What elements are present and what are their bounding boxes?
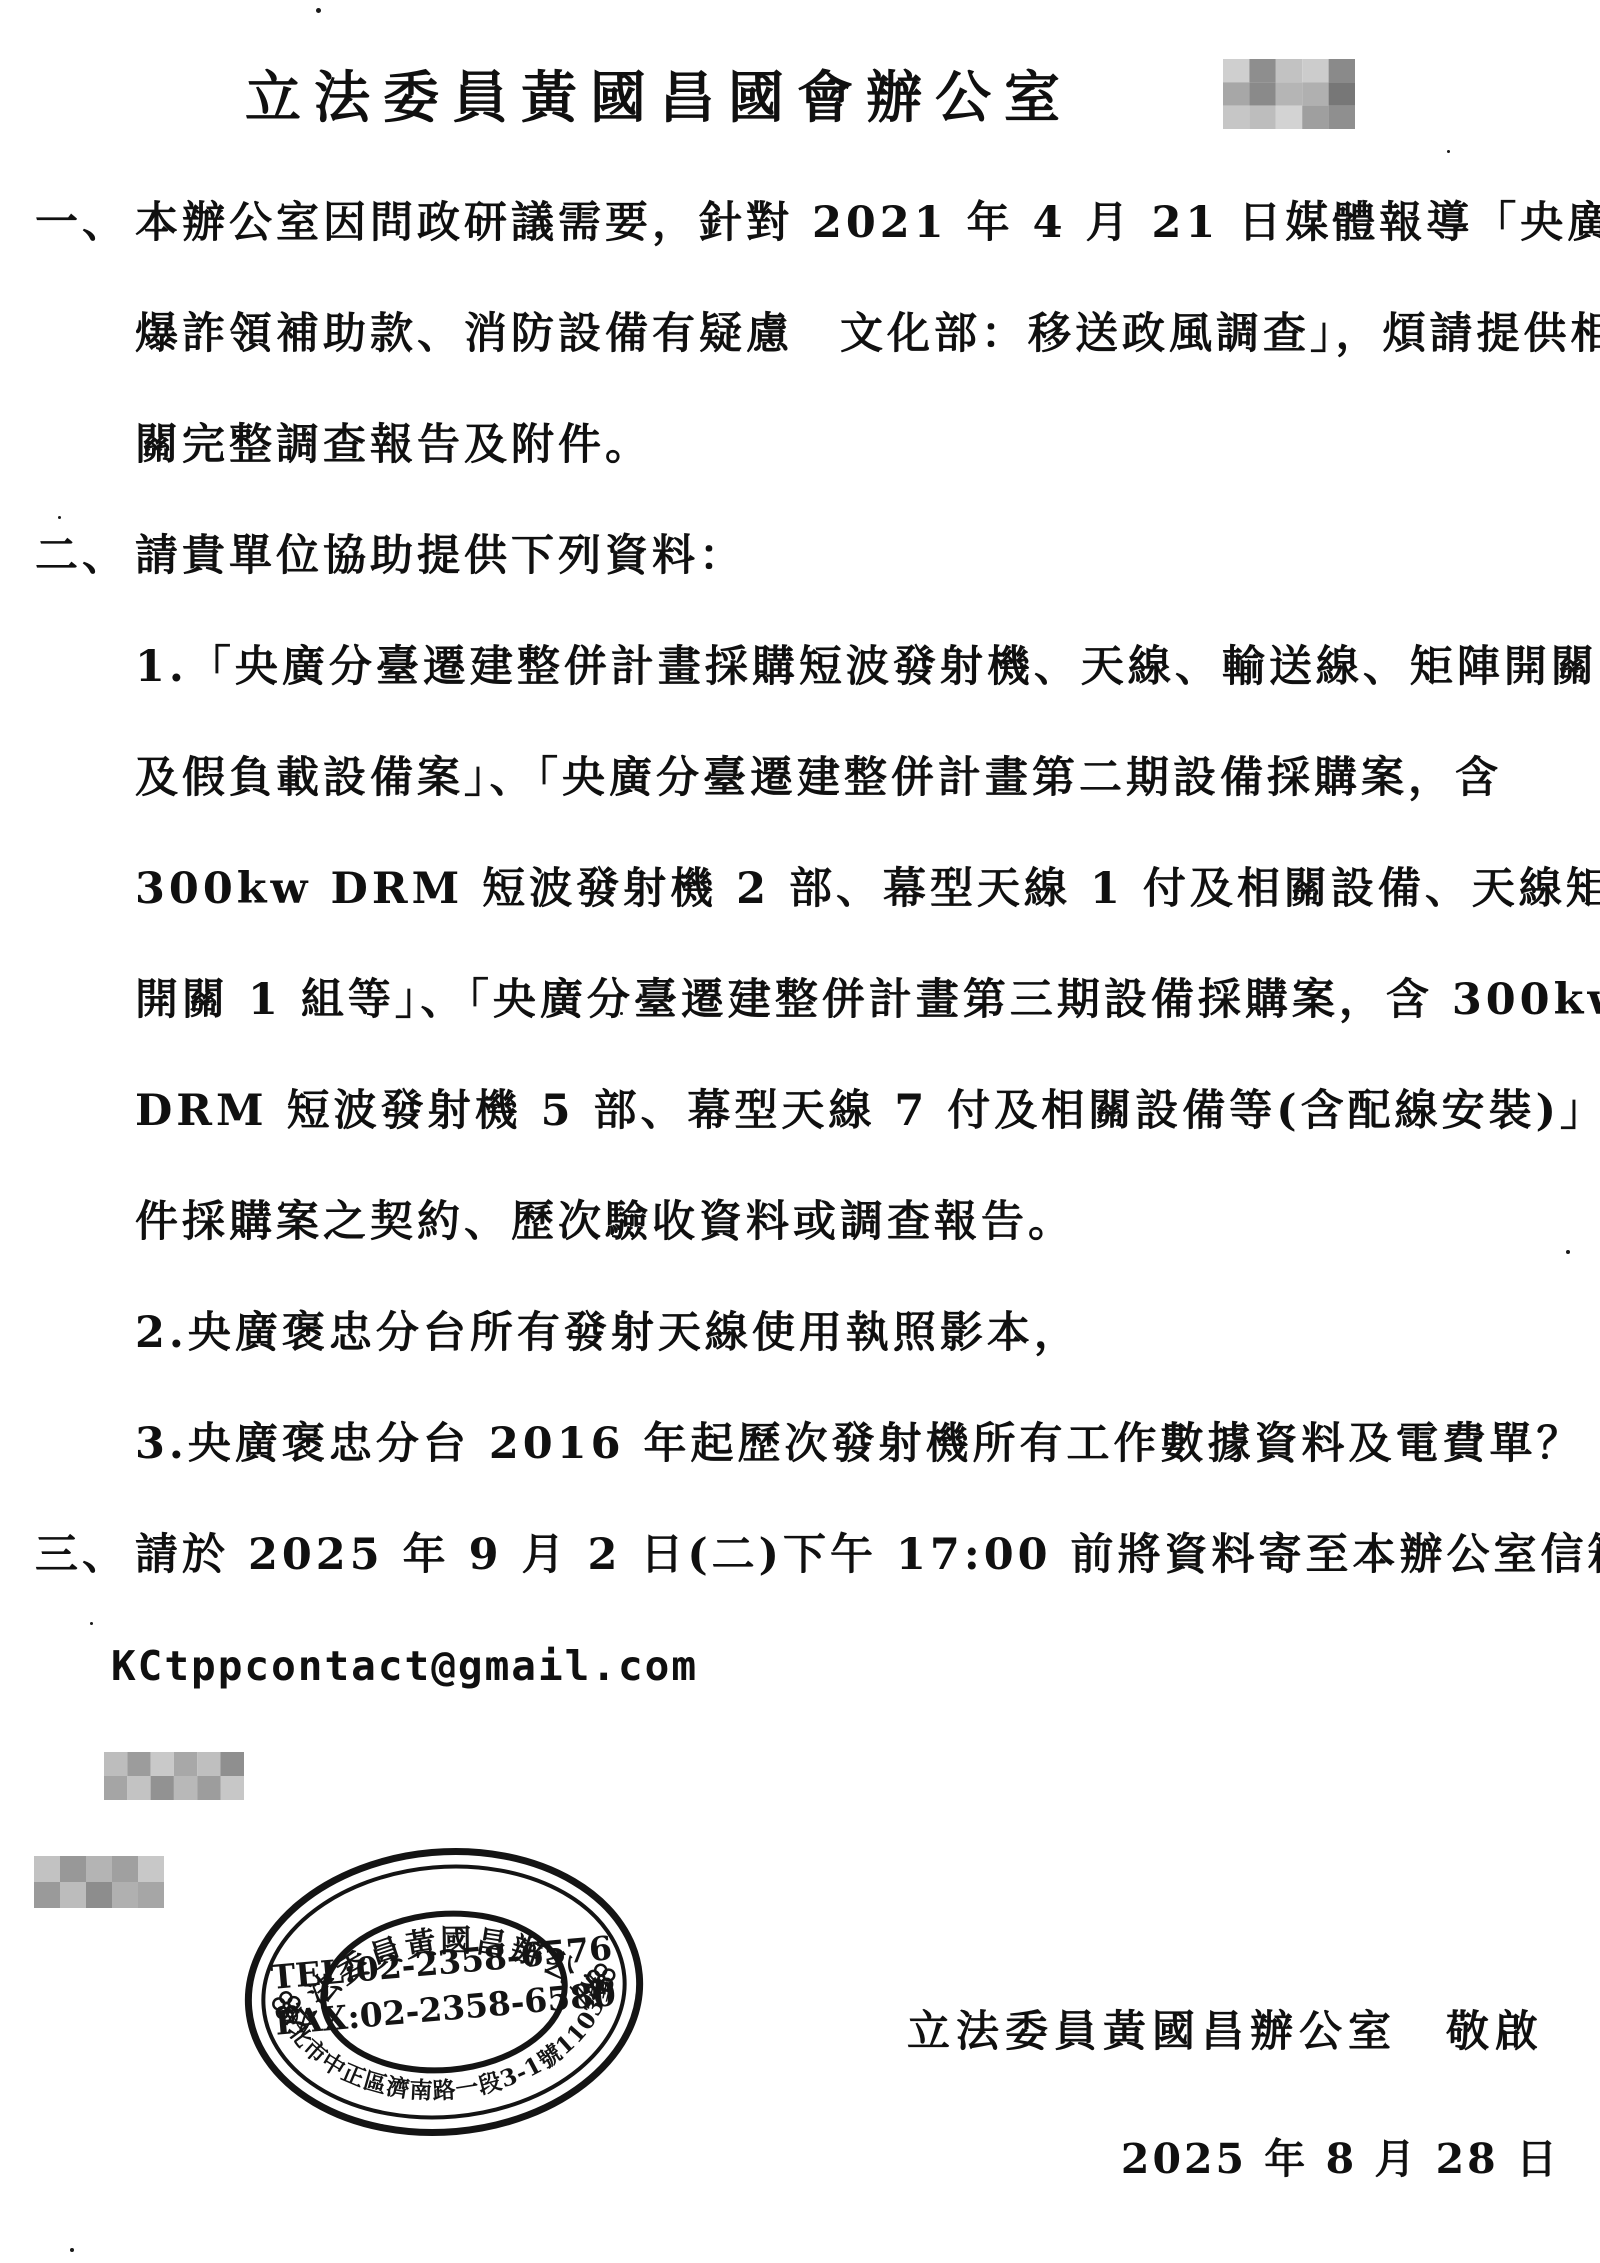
line-text: 開關 1 組等」、「央廣分臺遷建整併計畫第三期設備採購案，含 300kw <box>135 945 1600 1056</box>
line-text: 請於 2025 年 9 月 2 日(二)下午 17:00 前將資料寄至本辦公室信… <box>135 1500 1600 1611</box>
document-title: 立法委員黃國昌國會辦公室 <box>245 54 1073 134</box>
document-date: 2025 年 8 月 28 日 <box>1121 2126 1560 2185</box>
closing-signature: 立法委員黃國昌辦公室 敬啟 <box>907 1998 1544 2059</box>
document-line: 1.「央廣分臺遷建整併計畫採購短波發射機、天線、輸送線、矩陣開關 <box>35 612 1570 723</box>
document-line: DRM 短波發射機 5 部、幕型天線 7 付及相關設備等(含配線安裝)」等三 <box>35 1056 1570 1167</box>
line-text: 請貴單位協助提供下列資料： <box>135 501 746 612</box>
line-text: 及假負載設備案」、「央廣分臺遷建整併計畫第二期設備採購案，含 <box>135 723 1502 834</box>
document-header: 立法委員黃國昌國會辦公室 <box>0 42 1600 146</box>
scan-speck <box>620 1012 623 1015</box>
document-line: 一、 本辦公室因問政研議需要，針對 2021 年 4 月 21 日媒體報導「央廣… <box>35 168 1570 279</box>
document-body: 一、 本辦公室因問政研議需要，針對 2021 年 4 月 21 日媒體報導「央廣… <box>0 168 1600 1722</box>
scan-speck <box>316 8 321 13</box>
line-text: 關完整調查報告及附件。 <box>135 390 652 501</box>
line-text: 2.央廣褒忠分台所有發射天線使用執照影本， <box>135 1278 1081 1389</box>
section-marker: 三、 <box>35 1500 135 1611</box>
document-line: 3.央廣褒忠分台 2016 年起歷次發射機所有工作數據資料及電費單？ <box>35 1389 1570 1500</box>
document-line: 300kw DRM 短波發射機 2 部、幕型天線 1 付及相關設備、天線矩陣切換 <box>35 834 1570 945</box>
line-text: DRM 短波發射機 5 部、幕型天線 7 付及相關設備等(含配線安裝)」等三 <box>135 1056 1600 1167</box>
section-marker: 一、 <box>35 168 135 279</box>
scan-speck <box>90 1622 93 1625</box>
scan-speck <box>1447 150 1450 153</box>
line-text: KCtppcontact@gmail.com <box>111 1611 698 1722</box>
contact-email: KCtppcontact@gmail.com <box>35 1611 1570 1722</box>
line-text: 爆詐領補助款、消防設備有疑慮 文化部：移送政風調查」，煩請提供相 <box>135 279 1600 390</box>
document-line: 關完整調查報告及附件。 <box>35 390 1570 501</box>
line-text: 1.「央廣分臺遷建整併計畫採購短波發射機、天線、輸送線、矩陣開關 <box>135 612 1598 723</box>
scan-speck <box>1048 342 1051 345</box>
office-seal-stamp: 立法委員黃國昌辦公室 TEL:02-2358-6576 FAX:02-2358-… <box>224 1824 665 2159</box>
document-line: 2.央廣褒忠分台所有發射天線使用執照影本， <box>35 1278 1570 1389</box>
document-line: 及假負載設備案」、「央廣分臺遷建整併計畫第二期設備採購案，含 <box>35 723 1570 834</box>
line-text: 300kw DRM 短波發射機 2 部、幕型天線 1 付及相關設備、天線矩陣切換 <box>135 834 1600 945</box>
line-text: 件採購案之契約、歷次驗收資料或調查報告。 <box>135 1167 1075 1278</box>
document-line: 爆詐領補助款、消防設備有疑慮 文化部：移送政風調查」，煩請提供相 <box>35 279 1570 390</box>
document-line: 開關 1 組等」、「央廣分臺遷建整併計畫第三期設備採購案，含 300kw <box>35 945 1570 1056</box>
document-line: 件採購案之契約、歷次驗收資料或調查報告。 <box>35 1167 1570 1278</box>
scanned-document-page: 立法委員黃國昌國會辦公室 一、 本辦公室因問政研議需要，針對 2021 年 4 … <box>0 0 1600 2263</box>
redaction-mosaic-title <box>1223 59 1355 129</box>
document-line: 二、 請貴單位協助提供下列資料： <box>35 501 1570 612</box>
redaction-mosaic-small-2 <box>34 1856 164 1908</box>
document-line: 三、 請於 2025 年 9 月 2 日(二)下午 17:00 前將資料寄至本辦… <box>35 1500 1570 1611</box>
scan-speck <box>58 516 61 519</box>
redaction-mosaic-small-1 <box>104 1752 244 1800</box>
line-text: 本辦公室因問政研議需要，針對 2021 年 4 月 21 日媒體報導「央廣遭 <box>135 168 1600 279</box>
line-text: 3.央廣褒忠分台 2016 年起歷次發射機所有工作數據資料及電費單？ <box>135 1389 1584 1500</box>
section-marker: 二、 <box>35 501 135 612</box>
scan-speck <box>1566 1250 1570 1254</box>
scan-speck <box>70 2248 74 2252</box>
